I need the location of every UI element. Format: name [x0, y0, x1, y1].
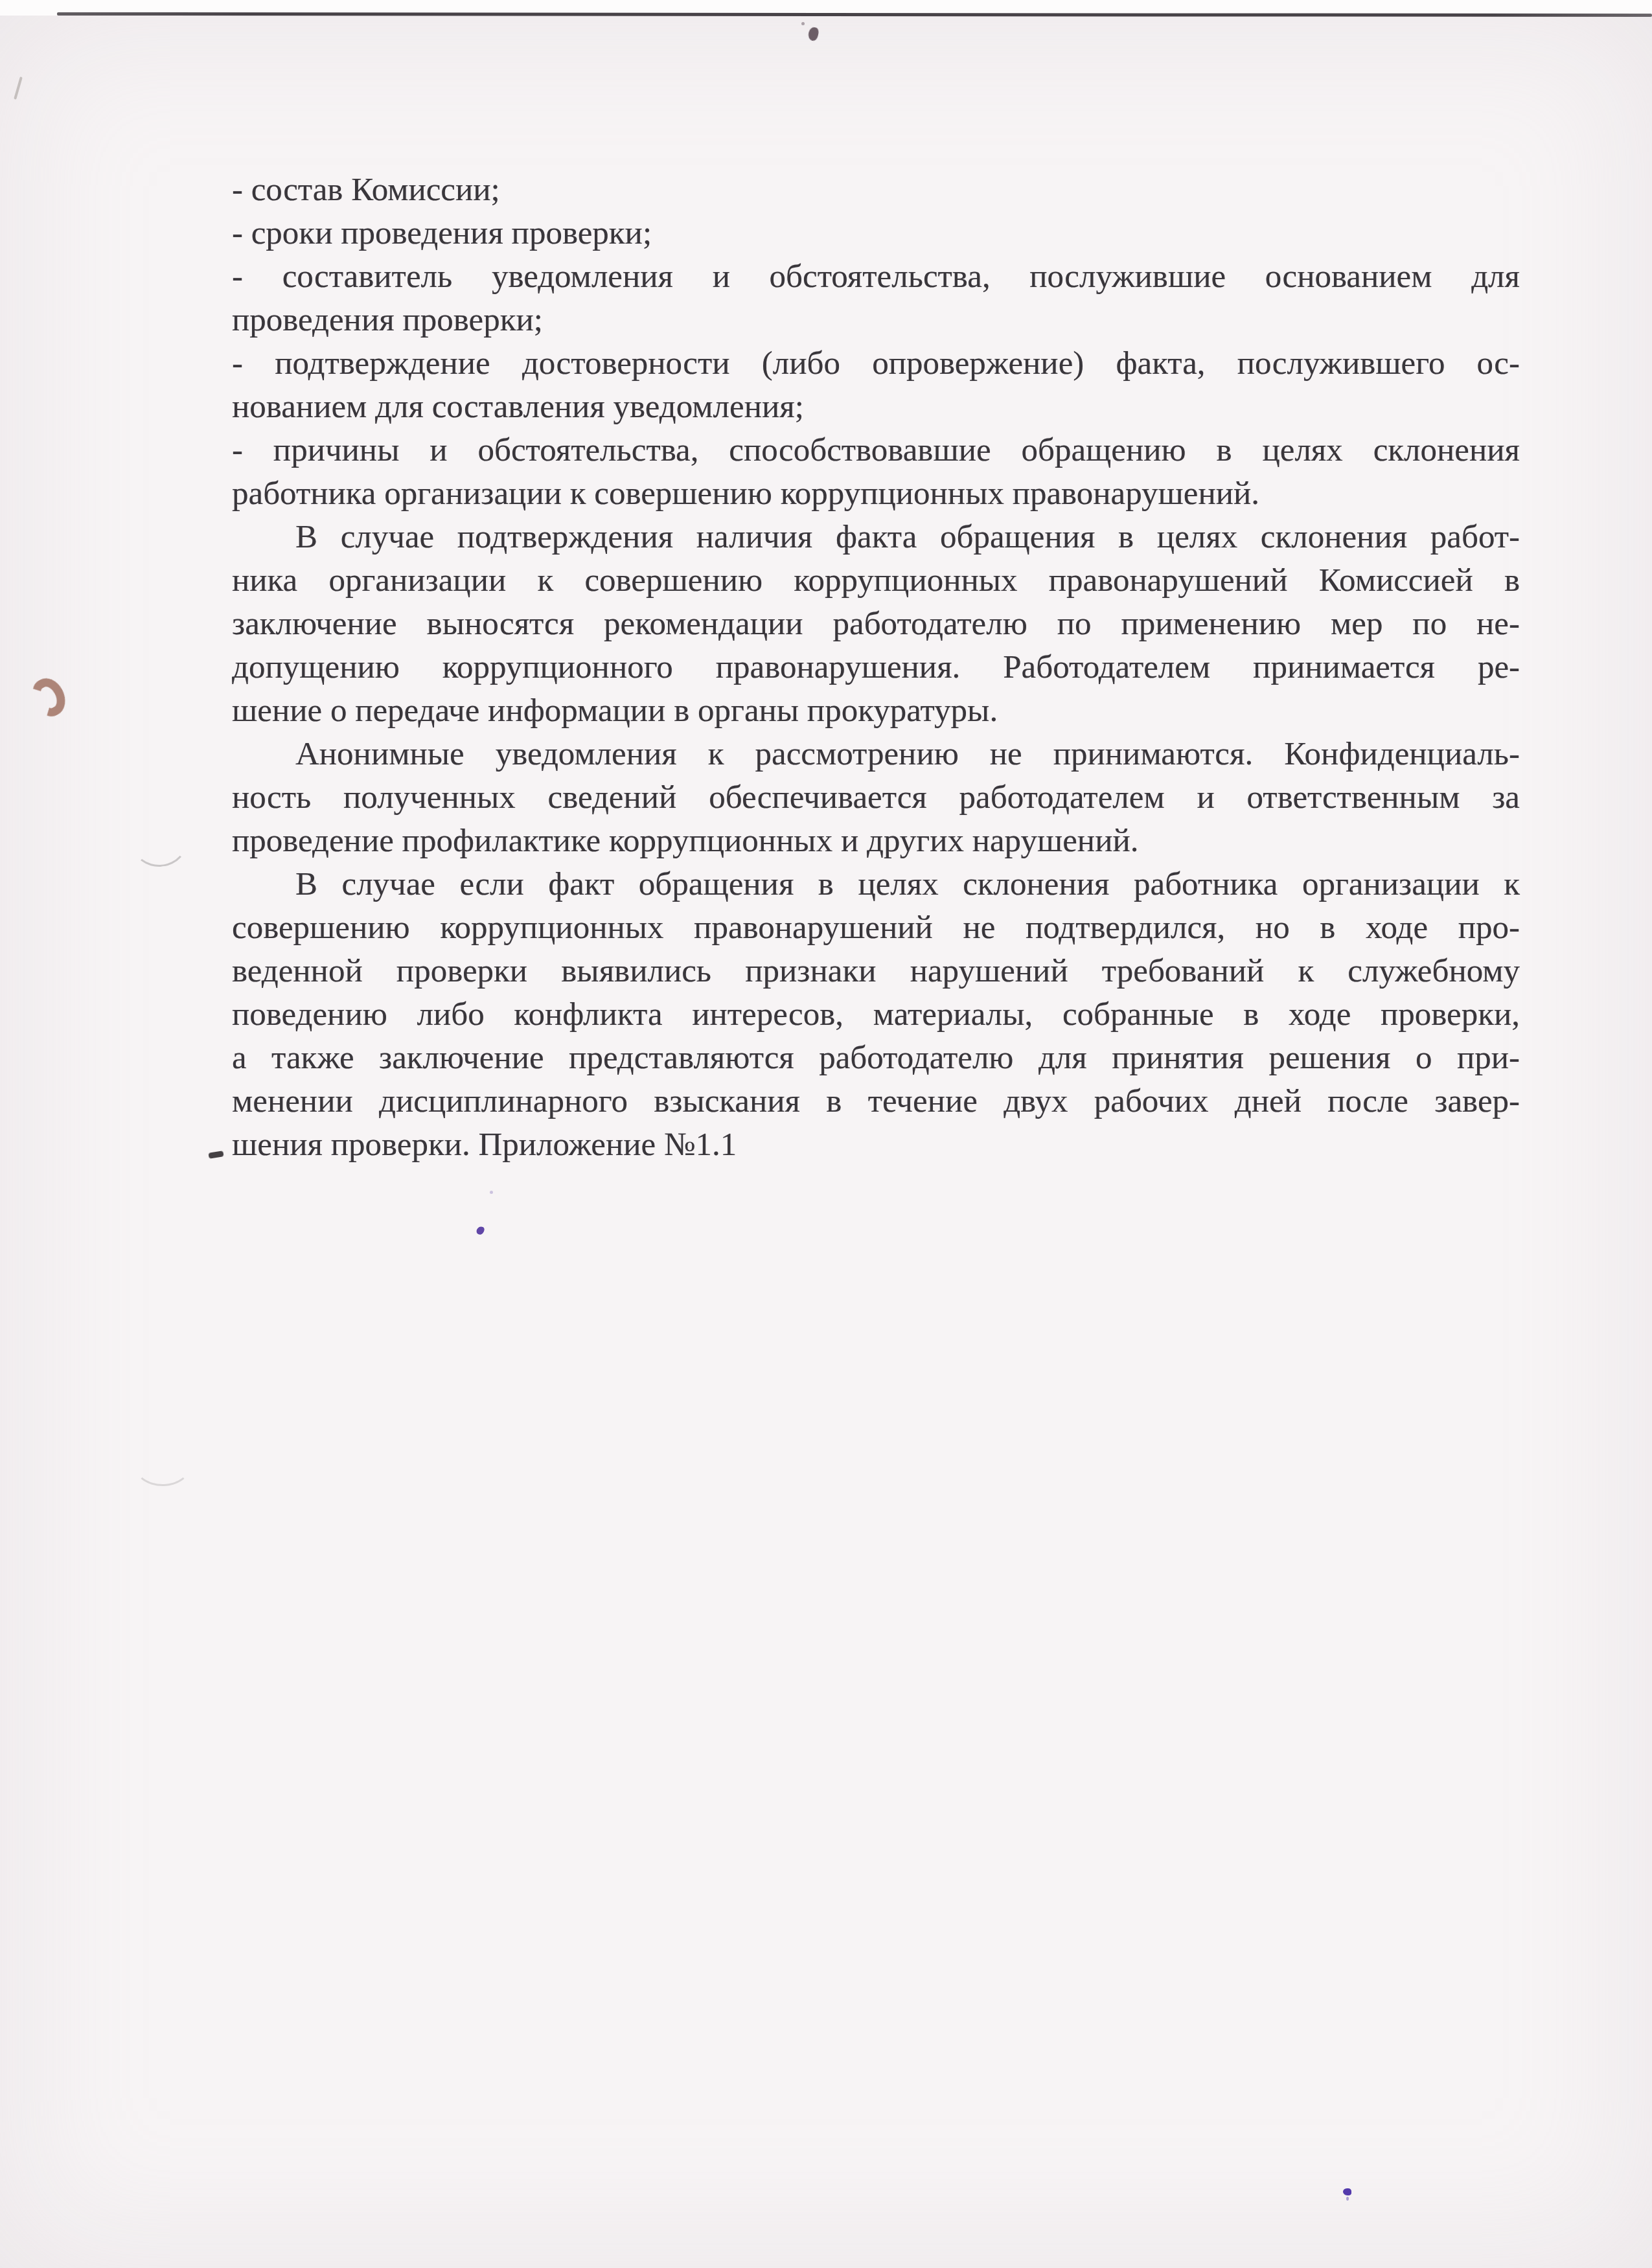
- violet-ink-dot-bottom-tail: [1346, 2197, 1349, 2201]
- text-line: В случае если факт обращения в целях скл…: [232, 863, 1520, 906]
- ink-speck-top-small: [801, 22, 805, 25]
- text-line: ность полученных сведений обеспечивается…: [232, 776, 1520, 819]
- text-line: Анонимные уведомления к рассмотрению не …: [232, 733, 1520, 776]
- paragraph: - сроки проведения проверки;: [232, 212, 1520, 255]
- text-line: проведения проверки;: [232, 299, 1520, 342]
- text-line: - подтверждение достоверности (либо опро…: [232, 342, 1520, 385]
- text-line: - причины и обстоятельства, способствова…: [232, 429, 1520, 472]
- text-line: поведению либо конфликта интересов, мате…: [232, 993, 1520, 1037]
- text-line: нованием для составления уведомления;: [232, 385, 1520, 429]
- paragraph: В случае подтверждения наличия факта обр…: [232, 516, 1520, 733]
- text-line: - составитель уведомления и обстоятельст…: [232, 255, 1520, 299]
- ink-blot-mark: [34, 678, 64, 716]
- text-line: совершению коррупционных правонарушений …: [232, 906, 1520, 950]
- text-line: допущению коррупционного правонарушения.…: [232, 646, 1520, 689]
- paragraph: - составитель уведомления и обстоятельст…: [232, 255, 1520, 342]
- text-line: а также заключение представляются работо…: [232, 1037, 1520, 1080]
- paragraph: - подтверждение достоверности (либо опро…: [232, 342, 1520, 429]
- text-line: работника организации к совершению корру…: [232, 472, 1520, 516]
- violet-ink-dot-bottom: [1343, 2188, 1351, 2195]
- text-line: - сроки проведения проверки;: [232, 212, 1520, 255]
- text-line: веденной проверки выявились признаки нар…: [232, 950, 1520, 993]
- pencil-arc-mark-lower: [133, 1442, 192, 1486]
- paragraph: Анонимные уведомления к рассмотрению не …: [232, 733, 1520, 863]
- violet-ink-speck-middle-small: [490, 1191, 493, 1194]
- text-line: В случае подтверждения наличия факта обр…: [232, 516, 1520, 559]
- text-line: шение о передаче информации в органы про…: [232, 689, 1520, 733]
- text-line: шения проверки. Приложение №1.1: [232, 1123, 1520, 1167]
- scanned-page: - состав Комиссии;- сроки проведения про…: [0, 0, 1652, 2268]
- document-text: - состав Комиссии;- сроки проведения про…: [232, 168, 1520, 1167]
- paragraph: - состав Комиссии;: [232, 168, 1520, 212]
- text-line: заключение выносятся рекомендации работо…: [232, 602, 1520, 646]
- paragraph: В случае если факт обращения в целях скл…: [232, 863, 1520, 1167]
- paragraph: - причины и обстоятельства, способствова…: [232, 429, 1520, 516]
- text-line: ника организации к совершению коррупцион…: [232, 559, 1520, 602]
- text-line: менении дисциплинарного взыскания в тече…: [232, 1080, 1520, 1123]
- text-line: проведение профилактике коррупционных и …: [232, 819, 1520, 863]
- text-line: - состав Комиссии;: [232, 168, 1520, 212]
